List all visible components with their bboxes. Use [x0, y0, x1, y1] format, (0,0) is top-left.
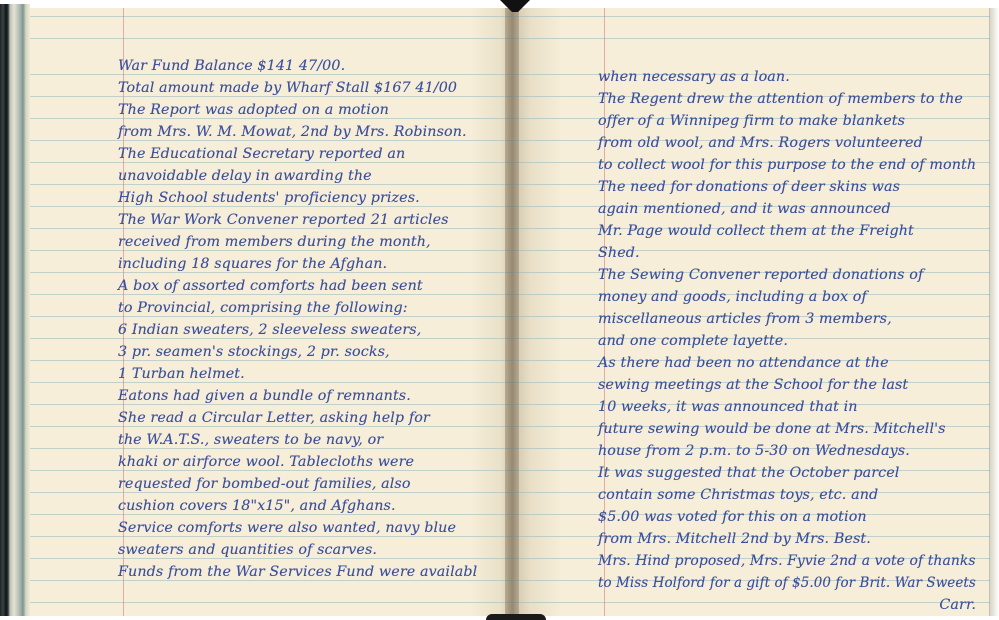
handwritten-line: including 18 squares for the Afghan. [118, 253, 512, 275]
handwritten-line: house from 2 p.m. to 5-30 on Wednesdays. [598, 440, 990, 462]
handwritten-line: requested for bombed-out families, also [118, 473, 512, 495]
handwritten-line: 3 pr. seamen's stockings, 2 pr. socks, [118, 341, 512, 363]
right-page: when necessary as a loan.The Regent drew… [512, 8, 990, 616]
left-page-text: War Fund Balance $141 47/00.Total amount… [118, 55, 512, 583]
handwritten-line: $5.00 was voted for this on a motion [598, 506, 990, 528]
handwritten-line: from Mrs. W. M. Mowat, 2nd by Mrs. Robin… [118, 121, 512, 143]
handwritten-line: 1 Turban helmet. [118, 363, 512, 385]
handwritten-line: when necessary as a loan. [598, 66, 990, 88]
handwritten-line: again mentioned, and it was announced [598, 198, 990, 220]
handwritten-line: The Educational Secretary reported an [118, 143, 512, 165]
handwritten-line: khaki or airforce wool. Tablecloths were [118, 451, 512, 473]
handwritten-line: Service comforts were also wanted, navy … [118, 517, 512, 539]
handwritten-line: Mr. Page would collect them at the Freig… [598, 220, 990, 242]
handwritten-line: She read a Circular Letter, asking help … [118, 407, 512, 429]
handwritten-line: Mrs. Hind proposed, Mrs. Fyvie 2nd a vot… [598, 550, 979, 572]
book-edge [0, 4, 30, 616]
handwritten-line: The Report was adopted on a motion [118, 99, 512, 121]
handwritten-line: Funds from the War Services Fund were av… [118, 561, 512, 583]
handwritten-line: sweaters and quantities of scarves. [118, 539, 512, 561]
handwritten-line: and one complete layette. [598, 330, 990, 352]
handwritten-line: The Sewing Convener reported donations o… [598, 264, 990, 286]
handwritten-line: to collect wool for this purpose to the … [598, 154, 990, 176]
open-notebook-spread: War Fund Balance $141 47/00.Total amount… [0, 0, 999, 620]
handwritten-line: As there had been no attendance at the [598, 352, 990, 374]
handwritten-line: to Provincial, comprising the following: [118, 297, 512, 319]
handwritten-line: Shed. [598, 242, 990, 264]
handwritten-line: cushion covers 18"x15", and Afghans. [118, 495, 512, 517]
handwritten-line: High School students' proficiency prizes… [118, 187, 512, 209]
handwritten-line: Total amount made by Wharf Stall $167 41… [118, 77, 512, 99]
handwritten-line: to Miss Holford for a gift of $5.00 for … [598, 572, 966, 594]
handwritten-line: from Mrs. Mitchell 2nd by Mrs. Best. [598, 528, 990, 550]
binding-bottom [486, 614, 546, 620]
handwritten-line: miscellaneous articles from 3 members, [598, 308, 990, 330]
handwritten-line: 6 Indian sweaters, 2 sleeveless sweaters… [118, 319, 512, 341]
handwritten-line: received from members during the month, [118, 231, 512, 253]
gutter [505, 8, 519, 616]
handwritten-line: future sewing would be done at Mrs. Mitc… [598, 418, 990, 440]
right-page-edge [990, 8, 999, 616]
handwritten-line: money and goods, including a box of [598, 286, 990, 308]
handwritten-line: unavoidable delay in awarding the [118, 165, 512, 187]
handwritten-line: sewing meetings at the School for the la… [598, 374, 990, 396]
handwritten-line: offer of a Winnipeg firm to make blanket… [598, 110, 990, 132]
handwritten-line: The need for donations of deer skins was [598, 176, 990, 198]
handwritten-line: A box of assorted comforts had been sent [118, 275, 512, 297]
right-page-text: when necessary as a loan.The Regent drew… [598, 66, 990, 616]
handwritten-line: contain some Christmas toys, etc. and [598, 484, 990, 506]
left-page: War Fund Balance $141 47/00.Total amount… [30, 8, 512, 616]
handwritten-line: the W.A.T.S., sweaters to be navy, or [118, 429, 512, 451]
handwritten-line: The Regent drew the attention of members… [598, 88, 990, 110]
handwritten-line: It was suggested that the October parcel [598, 462, 990, 484]
handwritten-line: Carr. [598, 594, 992, 616]
handwritten-line: Eatons had given a bundle of remnants. [118, 385, 512, 407]
handwritten-line: The War Work Convener reported 21 articl… [118, 209, 512, 231]
handwritten-line: from old wool, and Mrs. Rogers volunteer… [598, 132, 990, 154]
handwritten-line: War Fund Balance $141 47/00. [118, 55, 512, 77]
handwritten-line: 10 weeks, it was announced that in [598, 396, 990, 418]
